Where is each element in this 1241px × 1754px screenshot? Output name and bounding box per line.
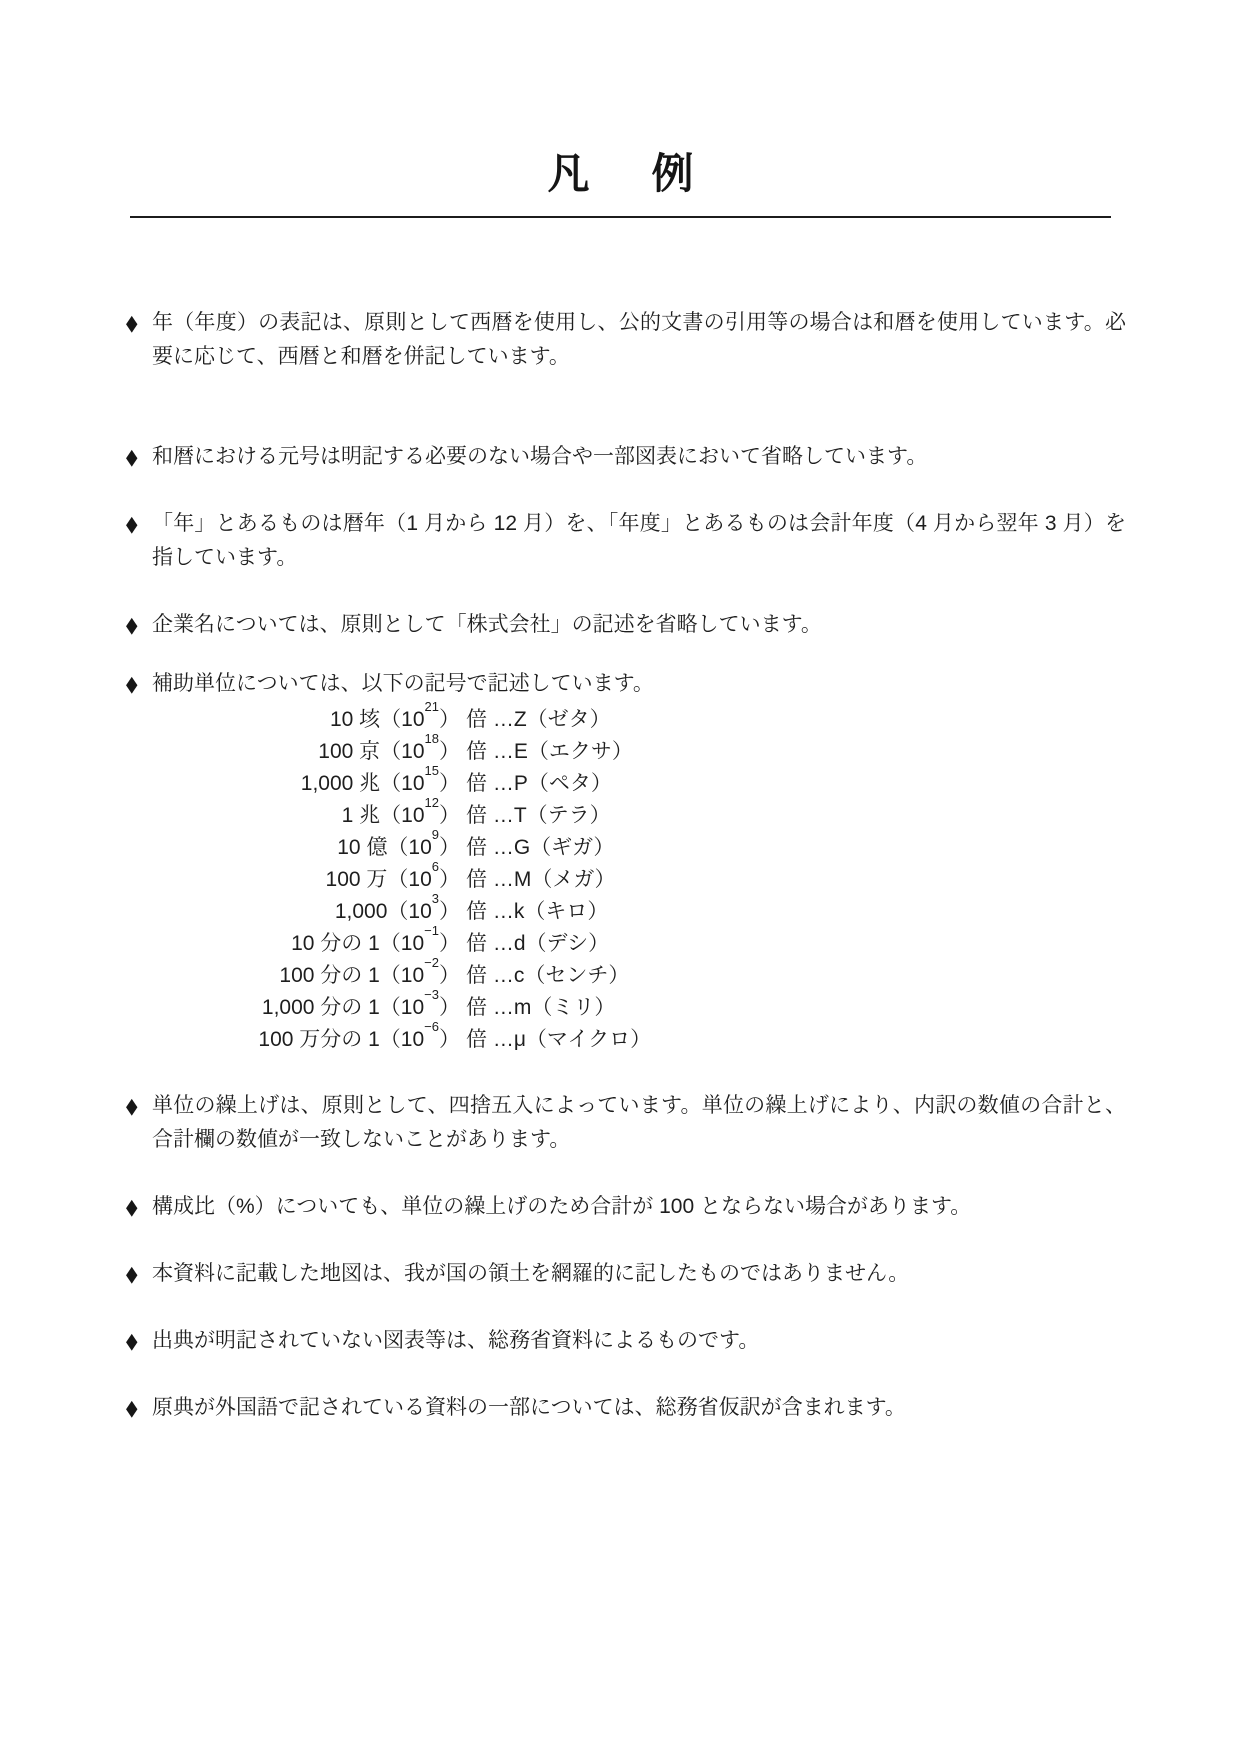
legend-item-text: 原典が外国語で記されている資料の一部については、総務省仮訳が含まれます。 — [152, 1391, 1126, 1425]
unit-exponent: 12 — [425, 795, 439, 810]
legend-item-text: 構成比（%）についても、単位の繰上げのため合計が 100 とならない場合がありま… — [152, 1190, 1126, 1224]
unit-prefix-symbol: 倍 …G（ギガ） — [460, 832, 614, 864]
unit-exponent: −1 — [424, 923, 439, 938]
legend-item-text: 「年」とあるものは暦年（1 月から 12 月）を、「年度」とあるものは会計年度（… — [152, 507, 1126, 575]
unit-prefix-symbol: 倍 …Z（ゼタ） — [460, 704, 611, 736]
unit-exponent: 9 — [432, 827, 439, 842]
legend-item-text: 補助単位については、以下の記号で記述しています。10 垓（1021）倍 …Z（ゼ… — [152, 667, 1126, 1056]
unit-exponent: −3 — [424, 987, 439, 1002]
unit-exponent: −2 — [424, 955, 439, 970]
diamond-bullet-icon: ◆ — [126, 1391, 144, 1425]
unit-prefix-value: 1,000（103） — [152, 896, 460, 928]
unit-prefix-value: 100 万分の 1（10−6） — [152, 1024, 460, 1056]
unit-prefix-value: 100 京（1018） — [152, 736, 460, 768]
unit-prefix-value: 100 万（106） — [152, 864, 460, 896]
unit-exponent: 6 — [432, 859, 439, 874]
legend-item: ◆和暦における元号は明記する必要のない場合や一部図表において省略しています。 — [126, 440, 1126, 474]
diamond-bullet-icon: ◆ — [126, 1324, 144, 1358]
unit-prefix-row: 1 兆（1012）倍 …T（テラ） — [152, 800, 1126, 832]
legend-item: ◆本資料に記載した地図は、我が国の領土を網羅的に記したものではありません。 — [126, 1257, 1126, 1291]
diamond-bullet-icon: ◆ — [126, 1257, 144, 1291]
unit-prefix-value: 1,000 分の 1（10−3） — [152, 992, 460, 1024]
title-block: 凡 例 — [0, 0, 1241, 218]
legend-item-text: 単位の繰上げは、原則として、四捨五入によっています。単位の繰上げにより、内訳の数… — [152, 1089, 1126, 1157]
unit-prefix-row: 1,000 兆（1015）倍 …P（ペタ） — [152, 768, 1126, 800]
unit-prefix-symbol: 倍 …E（エクサ） — [460, 736, 633, 768]
diamond-bullet-icon: ◆ — [126, 608, 144, 642]
legend-item-text: 企業名については、原則として「株式会社」の記述を省略しています。 — [152, 608, 1126, 642]
legend-item-text: 出典が明記されていない図表等は、総務省資料によるものです。 — [152, 1324, 1126, 1358]
legend-item: ◆年（年度）の表記は、原則として西暦を使用し、公的文書の引用等の場合は和暦を使用… — [126, 306, 1126, 374]
unit-prefix-row: 1,000 分の 1（10−3）倍 …m（ミリ） — [152, 992, 1126, 1024]
unit-prefix-symbol: 倍 …T（テラ） — [460, 800, 611, 832]
unit-prefix-row: 100 分の 1（10−2）倍 …c（センチ） — [152, 960, 1126, 992]
diamond-bullet-icon: ◆ — [126, 507, 144, 575]
unit-prefix-value: 100 分の 1（10−2） — [152, 960, 460, 992]
unit-prefix-symbol: 倍 …d（デシ） — [460, 928, 609, 960]
unit-prefix-symbol: 倍 …c（センチ） — [460, 960, 629, 992]
legend-item: ◆補助単位については、以下の記号で記述しています。10 垓（1021）倍 …Z（… — [126, 667, 1126, 1056]
legend-item: ◆出典が明記されていない図表等は、総務省資料によるものです。 — [126, 1324, 1126, 1358]
unit-exponent: −6 — [424, 1019, 439, 1034]
unit-prefix-row: 10 分の 1（10−1）倍 …d（デシ） — [152, 928, 1126, 960]
legend-item: ◆「年」とあるものは暦年（1 月から 12 月）を、「年度」とあるものは会計年度… — [126, 507, 1126, 575]
unit-prefix-row: 100 万（106）倍 …M（メガ） — [152, 864, 1126, 896]
unit-prefix-value: 1 兆（1012） — [152, 800, 460, 832]
legend-list: ◆年（年度）の表記は、原則として西暦を使用し、公的文書の引用等の場合は和暦を使用… — [0, 218, 1241, 1425]
legend-item-text: 年（年度）の表記は、原則として西暦を使用し、公的文書の引用等の場合は和暦を使用し… — [152, 306, 1126, 374]
unit-prefix-value: 10 分の 1（10−1） — [152, 928, 460, 960]
unit-prefix-row: 10 億（109）倍 …G（ギガ） — [152, 832, 1126, 864]
unit-exponent: 18 — [425, 731, 439, 746]
unit-exponent: 21 — [425, 699, 439, 714]
unit-prefix-symbol: 倍 …M（メガ） — [460, 864, 616, 896]
legend-item: ◆単位の繰上げは、原則として、四捨五入によっています。単位の繰上げにより、内訳の… — [126, 1089, 1126, 1157]
unit-prefix-symbol: 倍 …k（キロ） — [460, 896, 608, 928]
diamond-bullet-icon: ◆ — [126, 667, 144, 1056]
unit-prefix-table: 10 垓（1021）倍 …Z（ゼタ）100 京（1018）倍 …E（エクサ）1,… — [152, 704, 1126, 1056]
unit-prefix-row: 10 垓（1021）倍 …Z（ゼタ） — [152, 704, 1126, 736]
page-title: 凡 例 — [0, 150, 1241, 198]
unit-exponent: 15 — [425, 763, 439, 778]
unit-prefix-symbol: 倍 …m（ミリ） — [460, 992, 615, 1024]
unit-prefix-value: 1,000 兆（1015） — [152, 768, 460, 800]
diamond-bullet-icon: ◆ — [126, 1089, 144, 1157]
legend-item-text: 本資料に記載した地図は、我が国の領土を網羅的に記したものではありません。 — [152, 1257, 1126, 1291]
diamond-bullet-icon: ◆ — [126, 306, 144, 374]
unit-prefix-row: 1,000（103）倍 …k（キロ） — [152, 896, 1126, 928]
legend-item-text: 和暦における元号は明記する必要のない場合や一部図表において省略しています。 — [152, 440, 1126, 474]
legend-item: ◆原典が外国語で記されている資料の一部については、総務省仮訳が含まれます。 — [126, 1391, 1126, 1425]
unit-prefix-value: 10 垓（1021） — [152, 704, 460, 736]
unit-prefix-symbol: 倍 …P（ペタ） — [460, 768, 612, 800]
legend-item: ◆企業名については、原則として「株式会社」の記述を省略しています。 — [126, 608, 1126, 642]
diamond-bullet-icon: ◆ — [126, 440, 144, 474]
unit-prefix-symbol: 倍 …μ（マイクロ） — [460, 1024, 651, 1056]
unit-prefix-value: 10 億（109） — [152, 832, 460, 864]
document-page: 凡 例 ◆年（年度）の表記は、原則として西暦を使用し、公的文書の引用等の場合は和… — [0, 0, 1241, 1754]
unit-prefix-row: 100 京（1018）倍 …E（エクサ） — [152, 736, 1126, 768]
diamond-bullet-icon: ◆ — [126, 1190, 144, 1224]
unit-prefix-row: 100 万分の 1（10−6）倍 …μ（マイクロ） — [152, 1024, 1126, 1056]
unit-exponent: 3 — [432, 891, 439, 906]
legend-item: ◆構成比（%）についても、単位の繰上げのため合計が 100 とならない場合があり… — [126, 1190, 1126, 1224]
